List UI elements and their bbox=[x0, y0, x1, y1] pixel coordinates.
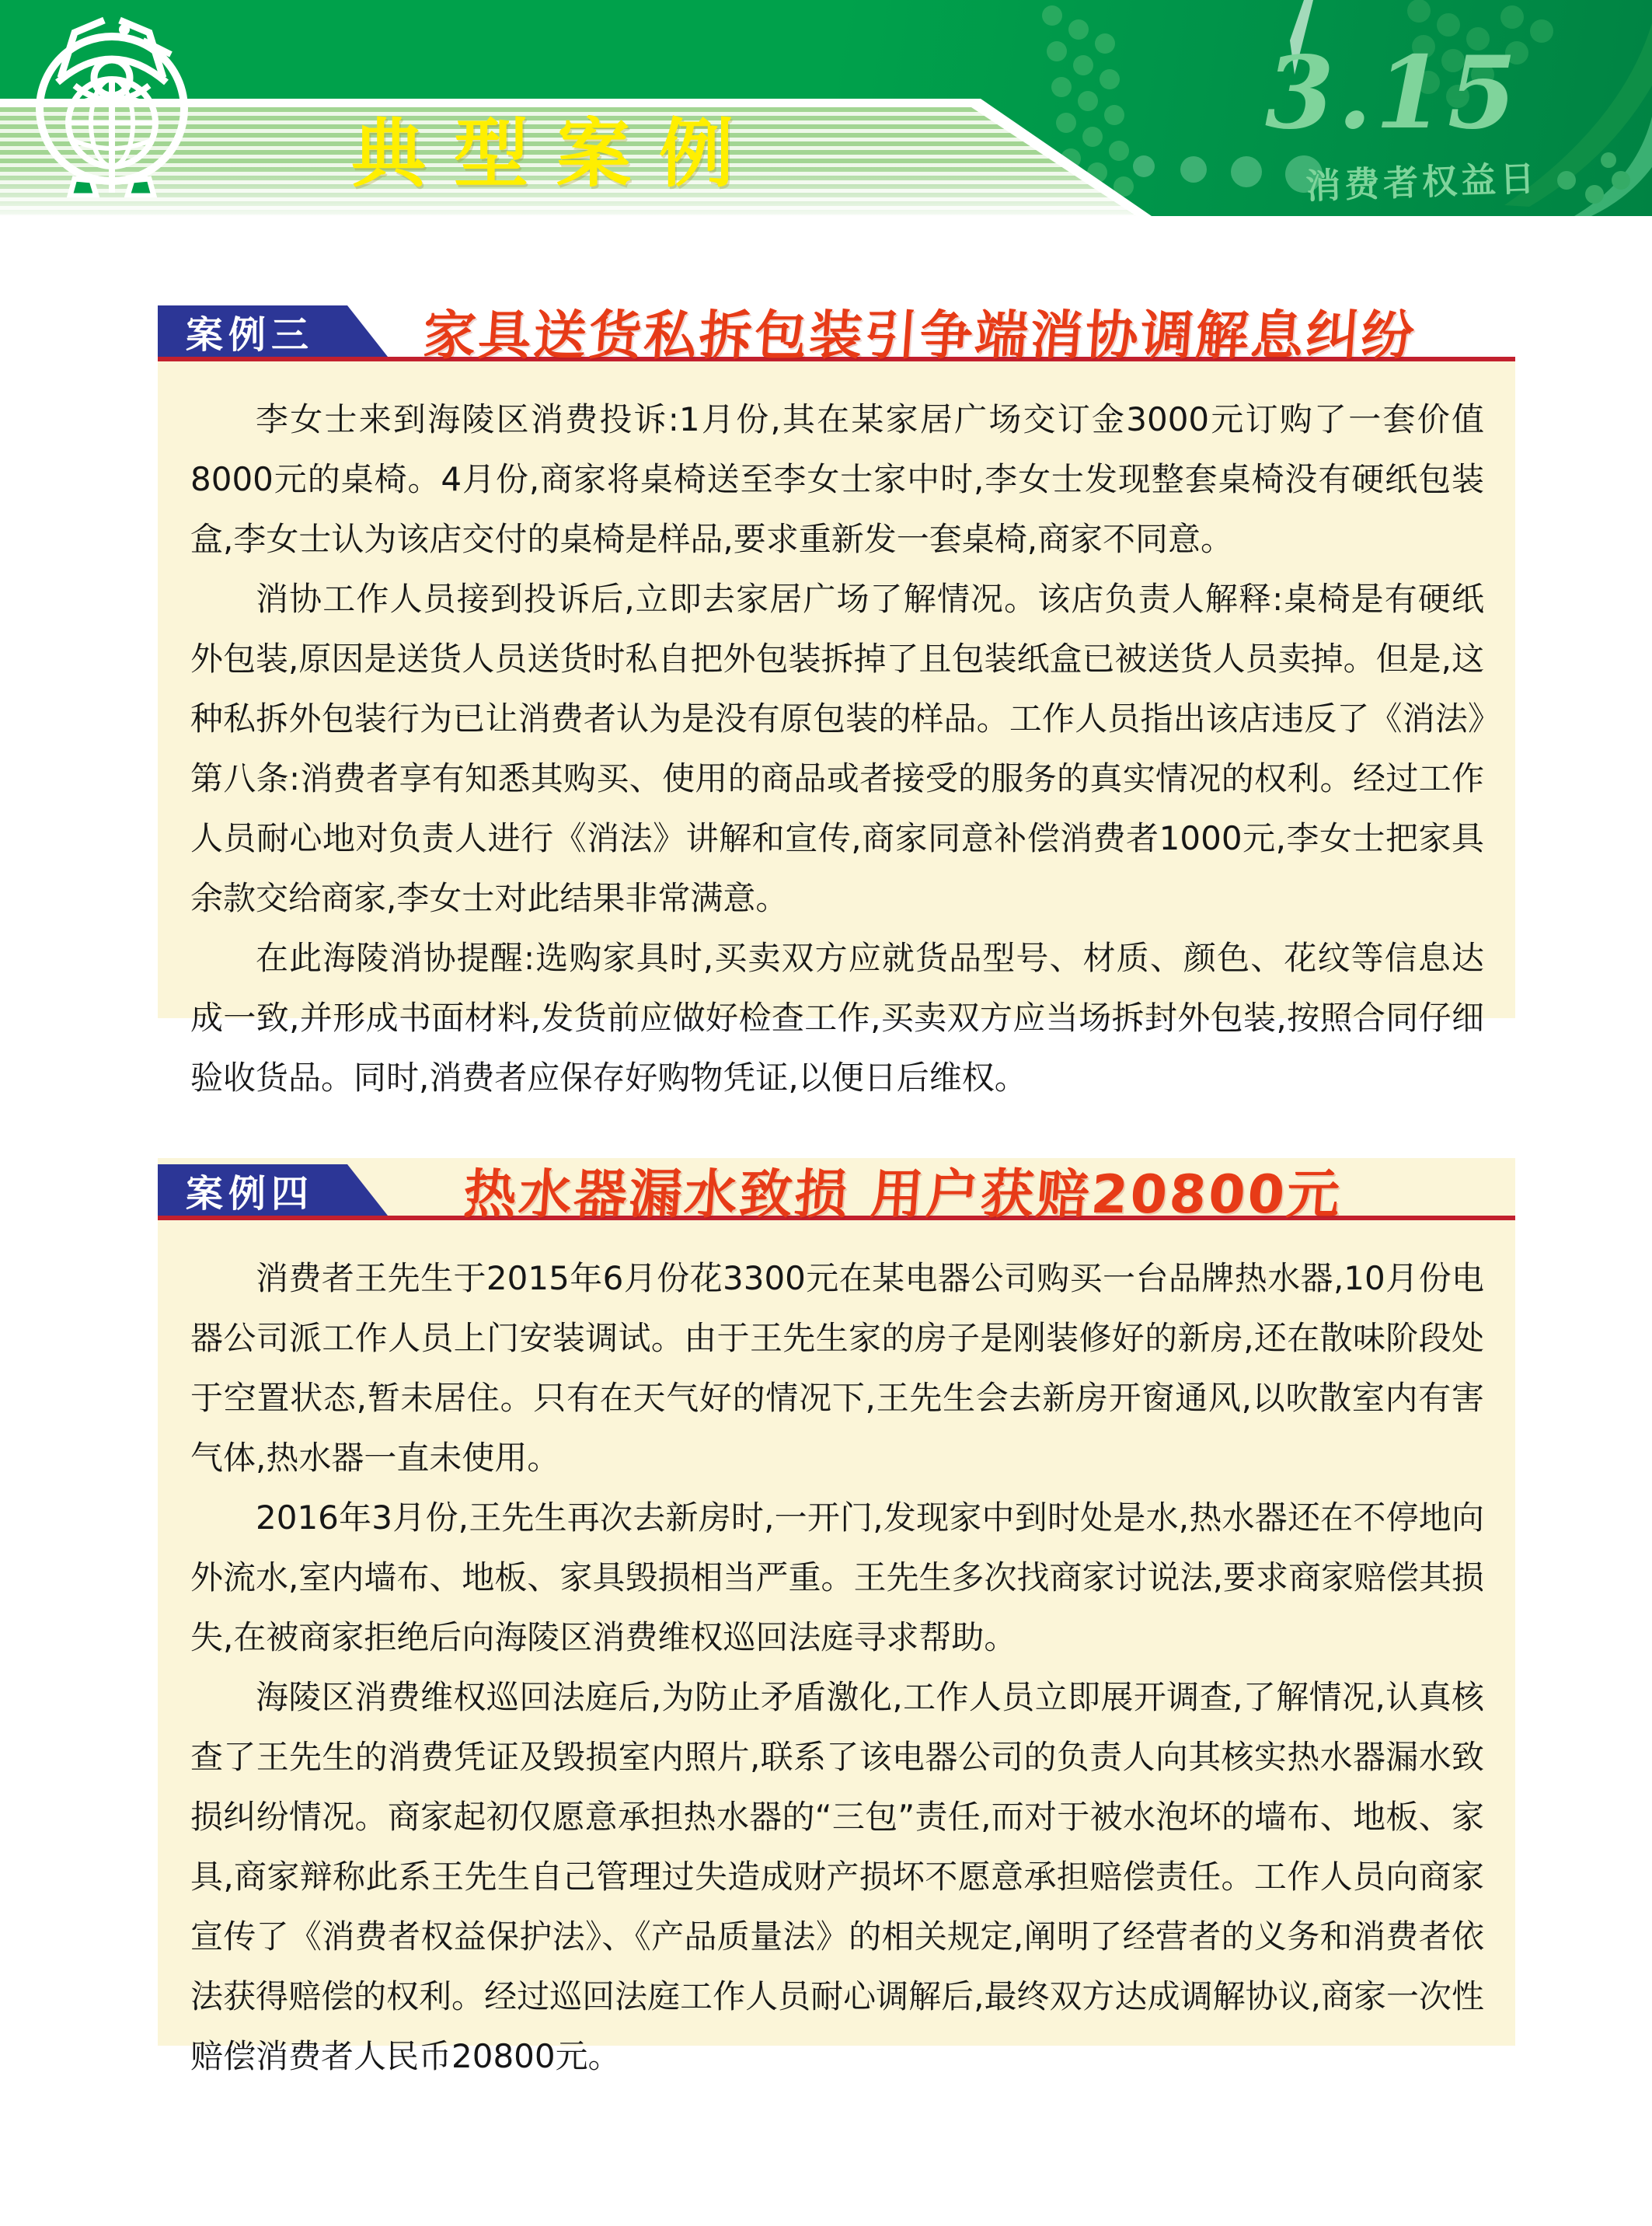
event-315-label: 消费者权益日 bbox=[1305, 150, 1539, 208]
banner-title: 典型案例 bbox=[351, 117, 762, 191]
case-section-three: 案例三 家具送货私拆包装引争端消协调解息纠纷 李女士来到海陵区消费投诉:1月份,… bbox=[158, 305, 1515, 1018]
china-consumers-association-logo-icon bbox=[30, 6, 194, 197]
event-315-mark: 3.15 bbox=[1265, 44, 1591, 143]
case-four-badge: 案例四 bbox=[158, 1164, 388, 1216]
bulletin-page: { "header": { "banner_title": "典型案例", "l… bbox=[0, 0, 1652, 2226]
case-three-header: 案例三 家具送货私拆包装引争端消协调解息纠纷 bbox=[158, 305, 1515, 357]
case-four-body: 消费者王先生于2015年6月份花3300元在某电器公司购买一台品牌热水器,10月… bbox=[158, 1220, 1515, 2046]
case-three-paragraph: 在此海陵消协提醒:选购家具时,买卖双方应就货品型号、材质、颜色、花纹等信息达成一… bbox=[190, 928, 1484, 1108]
case-four-title: 热水器漏水致损 用户获赔20800元 bbox=[462, 1153, 1345, 1228]
case-three-paragraph: 消协工作人员接到投诉后,立即去家居广场了解情况。该店负责人解释:桌椅是有硬纸外包… bbox=[190, 569, 1484, 928]
case-three-paragraph: 李女士来到海陵区消费投诉:1月份,其在某家居广场交订金3000元订购了一套价值8… bbox=[190, 389, 1484, 569]
case-section-four: 案例四 热水器漏水致损 用户获赔20800元 消费者王先生于2015年6月份花3… bbox=[158, 1158, 1515, 2046]
case-four-paragraph: 2016年3月份,王先生再次去新房时,一开门,发现家中到时处是水,热水器还在不停… bbox=[190, 1488, 1484, 1667]
case-four-header: 案例四 热水器漏水致损 用户获赔20800元 bbox=[158, 1164, 1515, 1216]
case-three-body: 李女士来到海陵区消费投诉:1月份,其在某家居广场交订金3000元订购了一套价值8… bbox=[158, 361, 1515, 1018]
case-three-badge: 案例三 bbox=[158, 305, 388, 357]
case-four-paragraph: 海陵区消费维权巡回法庭后,为防止矛盾激化,工作人员立即展开调查,了解情况,认真核… bbox=[190, 1667, 1484, 2086]
case-four-paragraph: 消费者王先生于2015年6月份花3300元在某电器公司购买一台品牌热水器,10月… bbox=[190, 1248, 1484, 1488]
case-three-title: 家具送货私拆包装引争端消协调解息纠纷 bbox=[421, 294, 1420, 369]
page-header-banner: 典型案例 3.15 消费者权益日 bbox=[0, 0, 1652, 216]
